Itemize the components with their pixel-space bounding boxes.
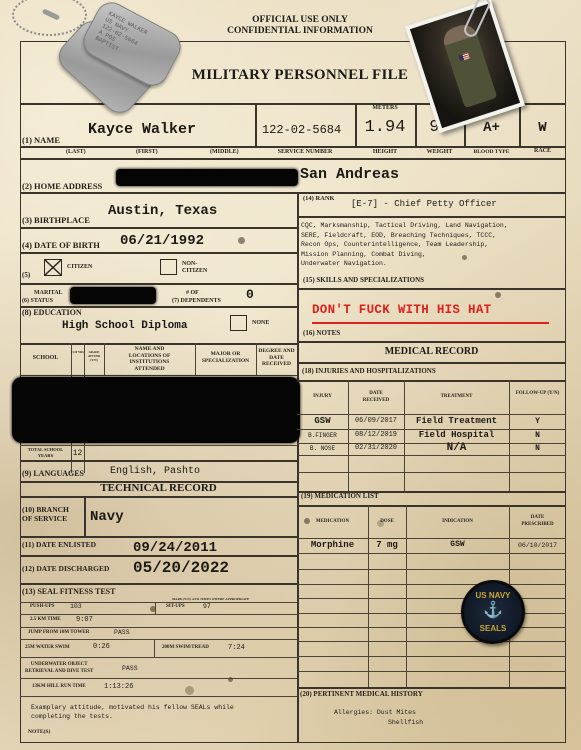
hill-run-label: 13KM HILL RUN TIME bbox=[32, 684, 86, 689]
medical-history-label: (20) PERTINENT MEDICAL HISTORY bbox=[300, 690, 423, 698]
injury-cell[interactable]: B.FINGER bbox=[297, 432, 348, 439]
home-address-label: (2) HOME ADDRESS bbox=[22, 181, 102, 191]
med-col-date: DATE PRESCRIBED bbox=[509, 515, 566, 528]
edu-col-years: # OF YRS bbox=[71, 350, 84, 354]
dependents-value[interactable]: 0 bbox=[246, 287, 254, 302]
citizen-label: CITIZEN bbox=[67, 264, 92, 270]
med-col-indication: INDICATION bbox=[406, 519, 509, 526]
medication-label: (19) MEDICATION LIST bbox=[301, 492, 379, 500]
injury-col-date: DATE RECEIVED bbox=[348, 391, 404, 404]
underwater-label: UNDERWATER OBJECT RETRIEVAL AND DIVE TES… bbox=[25, 661, 93, 675]
injury-followup-cell[interactable]: Y bbox=[509, 417, 566, 426]
patch-bottom-text: SEALS bbox=[464, 624, 522, 633]
branch-label: (10) BRANCH OF SERVICE bbox=[22, 505, 69, 523]
notes-value[interactable]: DON'T FUCK WITH HIS HAT bbox=[312, 303, 491, 317]
injury-followup-cell[interactable]: N bbox=[509, 431, 566, 440]
injury-treatment-cell[interactable]: N/A bbox=[404, 442, 509, 454]
underwater-value[interactable]: PASS bbox=[122, 665, 138, 672]
injury-col-treatment: TREATMENT bbox=[404, 394, 509, 401]
technical-record-title: TECHNICAL RECORD bbox=[20, 482, 297, 494]
fitness-notes-label: NOTE(S) bbox=[28, 729, 50, 735]
injury-date-cell[interactable]: 02/31/2020 bbox=[348, 444, 404, 452]
height-unit: METERS bbox=[355, 105, 415, 111]
blood-type-label: BLOOD TYPE bbox=[464, 149, 519, 155]
dose-cell[interactable]: 7 mg bbox=[368, 540, 406, 550]
prescribed-date-cell[interactable]: 06/10/2017 bbox=[509, 542, 566, 549]
middle-sublabel: (MIDDLE) bbox=[210, 149, 239, 155]
swim25-label: 25M WATER SWIM bbox=[25, 645, 70, 650]
education-none-checkbox[interactable] bbox=[230, 315, 247, 331]
fitness-instruction: MARK (Y/N) AND TIMES WHERE APPROPRIATE bbox=[172, 597, 249, 601]
fitness-label: (13) SEAL FITNESS TEST bbox=[22, 587, 115, 596]
injury-col-followup: FOLLOW-UP (Y/N) bbox=[509, 391, 566, 398]
edu-col-grade: GRADE ATTEND (Y/N) bbox=[84, 350, 104, 362]
name-value[interactable]: Kayce Walker bbox=[88, 121, 196, 138]
service-number-label: SERVICE NUMBER bbox=[255, 149, 355, 155]
notes-label: (16) NOTES bbox=[303, 329, 340, 337]
dob-value[interactable]: 06/21/1992 bbox=[120, 233, 204, 249]
jump-value[interactable]: PASS bbox=[114, 629, 130, 636]
edu-col-institutions: NAME AND LOCATIONS OF INSTITUTIONS ATTEN… bbox=[104, 346, 195, 372]
swim200-value[interactable]: 7:24 bbox=[228, 644, 245, 652]
notes-underline bbox=[312, 322, 549, 324]
dob-label: (4) DATE OF BIRTH bbox=[22, 240, 100, 250]
skills-label: (15) SKILLS AND SPECIALIZATIONS bbox=[303, 276, 424, 284]
race-value[interactable]: W bbox=[519, 120, 566, 136]
run-value[interactable]: 9:07 bbox=[76, 616, 93, 624]
height-label: HEIGHT bbox=[355, 149, 415, 155]
classification-line-2: CONFIDENTIAL INFORMATION bbox=[200, 26, 400, 37]
first-sublabel: (FIRST) bbox=[136, 149, 158, 155]
service-number-value[interactable]: 122-02-5684 bbox=[262, 123, 341, 137]
injury-cell[interactable]: GSW bbox=[297, 416, 348, 426]
classification-line-1: OFFICIAL USE ONLY bbox=[200, 15, 400, 26]
swim25-value[interactable]: 0:26 bbox=[93, 643, 110, 651]
marital-status-label: MARITAL (6) STATUS bbox=[22, 289, 63, 305]
injury-cell[interactable]: B. NOSE bbox=[297, 445, 348, 452]
education-none-label: NONE bbox=[252, 320, 269, 326]
weight-label: WEIGHT bbox=[415, 149, 464, 155]
medical-record-title: MEDICAL RECORD bbox=[297, 346, 566, 357]
hill-run-value[interactable]: 1:13:26 bbox=[104, 683, 133, 691]
home-address-value[interactable]: San Andreas bbox=[300, 166, 399, 183]
medical-history-line-2[interactable]: Shellfish bbox=[388, 719, 423, 726]
citizen-checkbox[interactable] bbox=[44, 259, 62, 276]
edu-col-degree: DEGREE AND DATE RECEIVED bbox=[256, 348, 297, 368]
injury-col-injury: INJURY bbox=[297, 394, 348, 401]
redaction-bar bbox=[70, 287, 156, 304]
education-value[interactable]: High School Diploma bbox=[62, 320, 187, 332]
med-col-medication: MEDICATION bbox=[297, 519, 368, 526]
enlisted-value[interactable]: 09/24/2011 bbox=[133, 540, 217, 556]
swim200-label: 200M SWIM/TREAD bbox=[162, 645, 209, 650]
patch-top-text: US NAVY bbox=[464, 591, 522, 600]
med-col-dose: DOSE bbox=[368, 519, 406, 526]
pushups-label: PUSH-UPS bbox=[30, 604, 54, 609]
navy-seals-patch: US NAVY ⚓ SEALS bbox=[461, 580, 525, 644]
injury-followup-cell[interactable]: N bbox=[509, 444, 566, 453]
injury-treatment-cell[interactable]: Field Hospital bbox=[404, 430, 509, 440]
jump-label: JUMP FROM 10M TOWER bbox=[28, 630, 89, 635]
classification-header: OFFICIAL USE ONLY CONFIDENTIAL INFORMATI… bbox=[200, 15, 400, 37]
noncitizen-checkbox[interactable] bbox=[160, 259, 177, 275]
noncitizen-label: NON- CITIZEN bbox=[182, 261, 207, 275]
birthplace-value[interactable]: Austin, Texas bbox=[108, 203, 217, 219]
injury-date-cell[interactable]: 08/12/2019 bbox=[348, 431, 404, 439]
last-sublabel: (LAST) bbox=[66, 149, 86, 155]
redaction-bar bbox=[116, 169, 298, 186]
total-years-label: TOTAL SCHOOL YEARS bbox=[20, 447, 71, 459]
race-label: RACE bbox=[519, 148, 566, 154]
discharged-value[interactable]: 05/20/2022 bbox=[133, 559, 229, 577]
situps-value[interactable]: 97 bbox=[203, 603, 211, 610]
discharged-label: (12) DATE DISCHARGED bbox=[22, 564, 109, 573]
birthplace-label: (3) BIRTHPLACE bbox=[22, 215, 90, 225]
rank-label: (14) RANK bbox=[303, 195, 335, 202]
total-years-value[interactable]: 12 bbox=[71, 449, 84, 458]
indication-cell[interactable]: GSW bbox=[406, 540, 509, 549]
branch-value[interactable]: Navy bbox=[90, 509, 124, 525]
injury-treatment-cell[interactable]: Field Treatment bbox=[404, 416, 509, 426]
rank-value[interactable]: [E-7] - Chief Petty Officer bbox=[351, 199, 497, 209]
height-value[interactable]: 1.94 bbox=[355, 118, 415, 137]
languages-value[interactable]: English, Pashto bbox=[110, 466, 200, 477]
dependents-label: # OF (7) DEPENDENTS bbox=[172, 289, 221, 305]
citizenship-label: (5) bbox=[22, 271, 30, 279]
name-label: (1) NAME bbox=[22, 135, 60, 145]
pushups-value[interactable]: 103 bbox=[70, 603, 82, 610]
fitness-notes-text[interactable]: Examplary attitude, motivated his fellow… bbox=[31, 703, 234, 721]
redaction-bar bbox=[12, 377, 300, 443]
edu-col-major: MAJOR OR SPECIALIZATION bbox=[195, 351, 256, 364]
education-label: (8) EDUCATION bbox=[22, 308, 82, 317]
edu-col-school: SCHOOL bbox=[20, 355, 71, 362]
trident-icon: ⚓ bbox=[464, 603, 522, 619]
injury-date-cell[interactable]: 06/09/2017 bbox=[348, 417, 404, 425]
check-x-icon bbox=[45, 260, 61, 275]
medical-history-line-1[interactable]: Allergies: Dust Mites bbox=[334, 709, 416, 716]
injuries-label: (18) INJURIES AND HOSPITALIZATIONS bbox=[302, 367, 436, 375]
skills-list[interactable]: CQC, Marksmanship, Tactical Driving, Lan… bbox=[301, 221, 508, 269]
languages-label: (9) LANGUAGES bbox=[22, 469, 84, 478]
situps-label: SIT-UPS bbox=[166, 604, 185, 609]
medication-cell[interactable]: Morphine bbox=[297, 540, 368, 550]
run-label: 2.5 KM TIME bbox=[30, 617, 61, 622]
enlisted-label: (11) DATE ENLISTED bbox=[22, 540, 96, 549]
